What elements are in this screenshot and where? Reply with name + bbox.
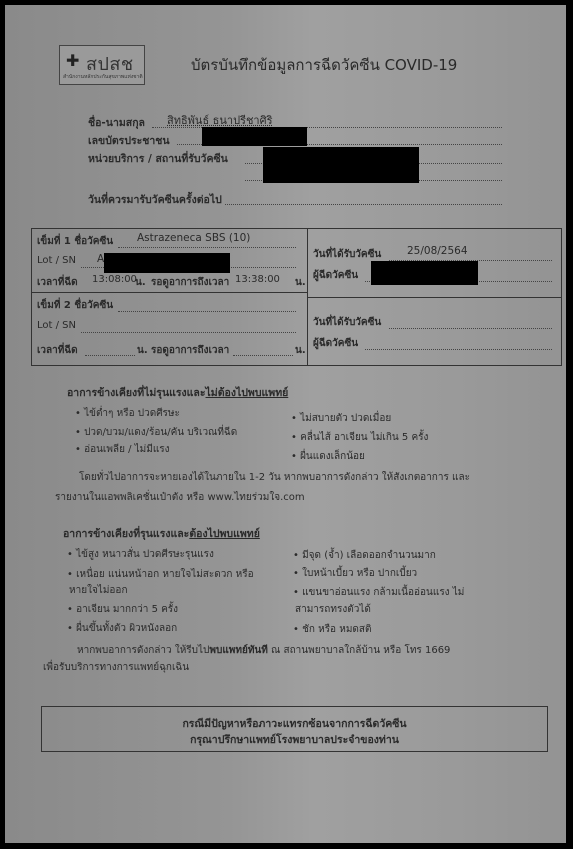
lot-redaction [104,253,230,273]
card-title: บัตรบันทึกข้อมูลการฉีดวัคซีน COVID-19 [191,53,457,77]
next-date-label: วันที่ควรมารับวัคซีนครั้งต่อไป [88,191,222,208]
dose2-observe-label: รอดูอาการถึงเวลา [151,343,229,358]
dose1-lot-label: Lot / SN [37,255,76,266]
dose2-lot-line [81,332,296,333]
nhso-cross-icon: ✚ [66,51,79,70]
mild-note-line2: รายงานในแอพพลิเคชั่นเป๋าตัง หรือ www.ไทย… [55,490,305,505]
severe-note-line1: หากพบอาการดังกล่าว ให้รีบไปพบแพทย์ทันที … [77,643,450,658]
site-redaction [263,147,419,183]
dose1-time-value: 13:08:00 [92,274,137,285]
severe-right-item: • ชัก หรือ หมดสติ [293,622,372,637]
dose2-time-line [85,355,135,356]
severe-left-item: • ไข้สูง หนาวสั่น ปวดศีรษะรุนแรง [67,547,214,562]
dose1-injector-label: ผู้ฉีดวัคซีน [313,268,358,283]
severe-right-item: • ใบหน้าเบี้ยว หรือ ปากเบี้ยว [293,566,417,581]
dose2-lot-label: Lot / SN [37,320,76,331]
dose2-observe-line [233,355,293,356]
consult-notice-box: กรณีมีปัญหาหรือภาวะแทรกซ้อนจากการฉีดวัคซ… [41,706,548,752]
dose2-injector-line [365,349,552,350]
mild-left-item: • ไข้ต่ำๆ หรือ ปวดศีรษะ [75,406,180,421]
dose1-observe-unit: น. [295,275,306,290]
severe-left-item: • เหนื่อย แน่นหน้าอก หายใจไม่สะดวก หรือ [67,567,254,582]
severe-left-item: • ผื่นขึ้นทั้งตัว ผิวหนังลอก [67,621,177,636]
dose1-date-value: 25/08/2564 [407,245,468,257]
id-redaction [202,127,307,146]
dose1-vaccine-value: Astrazeneca SBS (10) [137,232,250,244]
mild-heading: อาการข้างเคียงที่ไม่รุนแรงและไม่ต้องไปพบ… [67,384,288,401]
dose1-time-label: เวลาที่ฉีด [37,275,78,290]
dose2-date-line [389,328,552,329]
dose2-date-label: วันที่ได้รับวัคซีน [313,315,381,330]
mild-left-item: • อ่อนเพลีย / ไม่มีแรง [75,442,170,457]
dose1-time-unit: น. [135,275,146,290]
dose2-time-unit: น. [137,343,148,358]
severe-heading: อาการข้างเคียงที่รุนแรงและต้องไปพบแพทย์ [63,525,260,542]
nhso-logo: ✚ สปสช สำนักงานหลักประกันสุขภาพแห่งชาติ [59,45,145,85]
mild-right-item: • ผื่นแดงเล็กน้อย [291,449,365,464]
severe-right-item: • แขนขาอ่อนแรง กล้ามเนื้ออ่อนแรง ไม่ [293,585,464,600]
dose-row-divider-right [307,297,561,298]
dose2-observe-unit: น. [295,343,306,358]
notice-line2: กรุณาปรึกษาแพทย์โรงพยาบาลประจำของท่าน [42,731,547,748]
mild-right-item: • คลื่นไส้ อาเจียน ไม่เกิน 5 ครั้ง [291,430,428,445]
severe-right-item: • มีจุด (จ้ำ) เลือดออกจำนวนมาก [293,548,436,563]
severe-note-line2: เพื่อรับบริการทางการแพทย์ฉุกเฉิน [43,660,189,675]
mild-left-item: • ปวด/บวม/แดง/ร้อน/คัน บริเวณที่ฉีด [75,425,237,440]
dose1-vaccine-line [118,247,296,248]
dose1-date-label: วันที่ได้รับวัคซีน [313,247,381,262]
mild-note-line1: โดยทั่วไปอาการจะหายเองได้ในภายใน 1-2 วัน… [79,470,470,485]
vaccination-card: ✚ สปสช สำนักงานหลักประกันสุขภาพแห่งชาติ … [5,5,566,843]
dose2-vaccine-line [118,311,296,312]
injector-redaction [371,261,478,285]
severe-left-item: • อาเจียน มากกว่า 5 ครั้ง [67,602,178,617]
dose2-vaccine-label: เข็มที่ 2 ชื่อวัคซีน [37,298,113,313]
notice-line1: กรณีมีปัญหาหรือภาวะแทรกซ้อนจากการฉีดวัคซ… [42,715,547,732]
site-label: หน่วยบริการ / สถานที่รับวัคซีน [88,150,228,167]
dose1-vaccine-label: เข็มที่ 1 ชื่อวัคซีน [37,234,113,249]
dose1-observe-value: 13:38:00 [235,274,280,285]
mild-right-item: • ไม่สบายตัว ปวดเมื่อย [291,411,391,426]
dose-row-divider-left [31,292,308,293]
dose1-observe-label: รอดูอาการถึงเวลา [151,275,229,290]
dose2-time-label: เวลาที่ฉีด [37,343,78,358]
severe-right-item: สามารถทรงตัวได้ [295,602,371,617]
next-date-line [225,204,502,205]
dose2-injector-label: ผู้ฉีดวัคซีน [313,336,358,351]
logo-subtitle: สำนักงานหลักประกันสุขภาพแห่งชาติ [63,73,143,81]
id-label: เลขบัตรประชาชน [88,132,170,149]
severe-left-item: หายใจไม่ออก [69,583,128,598]
name-label: ชื่อ-นามสกุล [88,114,145,131]
